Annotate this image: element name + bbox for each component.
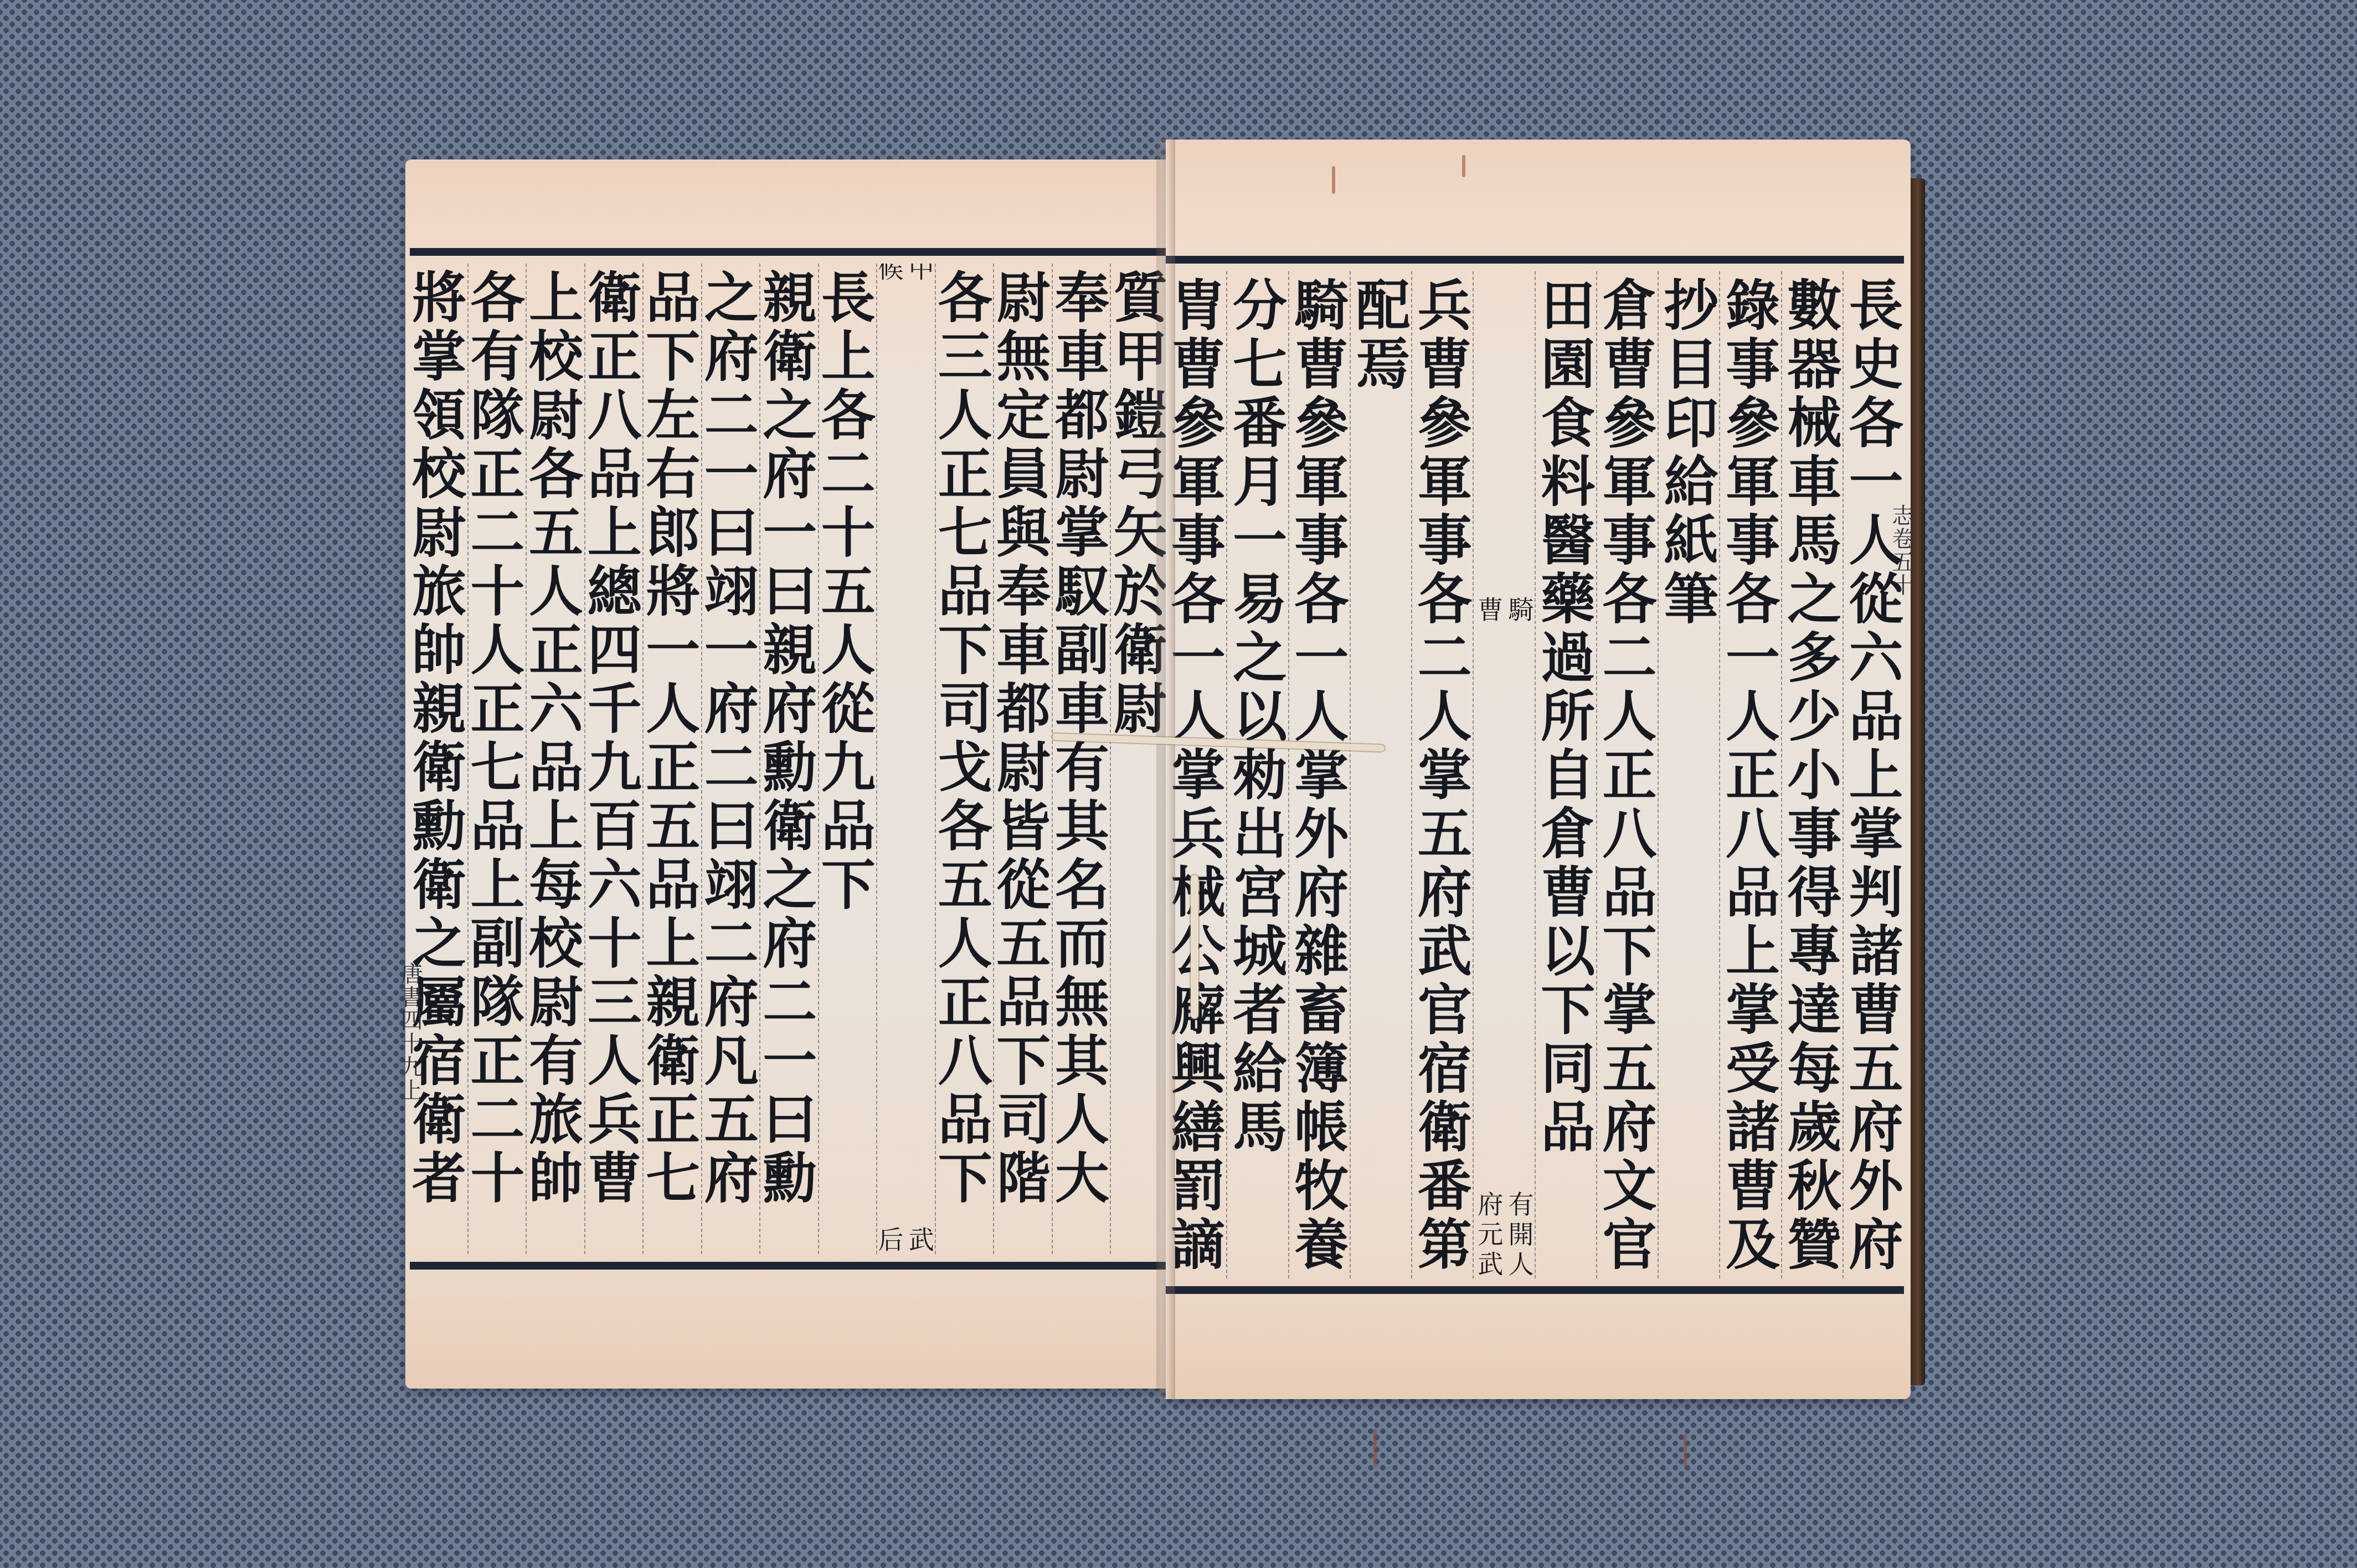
left-page-text-frame: 質甲鎧弓矢於衛尉 奉車都尉掌馭副車有其名而無其人大陳設則它官攝駙馬都 尉無定員與… bbox=[410, 248, 1169, 1270]
text-column: 兵曹參軍事各二人掌五府武官宿衛番第受其名數而大將軍 bbox=[1411, 271, 1473, 1278]
text-column: 親衛之府一曰親府勳衛之府二一曰勳一府二曰勳二府翊衛 bbox=[759, 264, 818, 1254]
right-page-text-frame: 長史各一人從六品上掌判諸曹五府外府稟祿卒伍軍團之名 數器械車馬之多少小事得專達每… bbox=[1166, 256, 1904, 1294]
worm-damage bbox=[1191, 875, 1198, 1019]
text-column: 數器械車馬之多少小事得專達每歲秋贊大將軍考課 bbox=[1781, 271, 1843, 1278]
paper-stain bbox=[1332, 166, 1335, 194]
text-column: 上校尉各五人正六品上每校尉有旅帥二人從六品上每旅帥 bbox=[526, 264, 584, 1254]
annotation-text: 中候 bbox=[876, 264, 935, 283]
text-column: 之府二一曰翊一府二曰翊二府凡五府每府中郎將一人正四 bbox=[701, 264, 760, 1254]
paper-stain bbox=[1462, 155, 1465, 177]
paper-stain bbox=[1684, 1434, 1687, 1467]
text-column: 品下左右郎將一人正五品上親衛正七品上勳衛從七品上翊 bbox=[642, 264, 701, 1254]
open-book: 質甲鎧弓矢於衛尉 奉車都尉掌馭副車有其名而無其人大陳設則它官攝駙馬都 尉無定員與… bbox=[0, 0, 2357, 1568]
text-column: 抄目印給紙筆 bbox=[1658, 271, 1719, 1278]
text-column: 配焉 bbox=[1350, 271, 1411, 1278]
text-column: 田園食料醫藥過所自倉曹以下同品 bbox=[1535, 271, 1596, 1278]
book-spine-gutter bbox=[1156, 140, 1175, 1399]
annotation-column: 武后 中候 bbox=[876, 264, 935, 1254]
text-column: 將掌領校尉旅帥親衛勳衛之屬宿衛者而總其府事左右郎將 bbox=[410, 264, 467, 1254]
text-column: 長上各二十五人從九品下 bbox=[818, 264, 877, 1254]
text-column: 尉無定員與奉車都尉皆從五品下司階各二人正六品上中候 bbox=[993, 264, 1052, 1254]
text-column: 錄事參軍事各一人正八品上掌受諸曹及五府之外府事句稽 bbox=[1719, 271, 1780, 1278]
annotation-text: 武后 bbox=[876, 285, 935, 1254]
annotation-column: 人武后長安初改鎧曹曰胄曹中宗郎位復舊 開元初諸衛司倉司兵騎兵參軍改曰倉曹兵 有府… bbox=[1473, 271, 1534, 1278]
annotation-text: 騎曹府二人史四人胄曹府三人史三 bbox=[1473, 271, 1534, 624]
text-column: 倉曹參軍事各二人正八品下掌五府文官勳考假使祿俸公廨 bbox=[1596, 271, 1658, 1278]
folio-mark-right: 志卷五十 bbox=[1886, 504, 1917, 597]
left-page-columns: 質甲鎧弓矢於衛尉 奉車都尉掌馭副車有其名而無其人大陳設則它官攝駙馬都 尉無定員與… bbox=[410, 264, 1169, 1254]
annotation-text: 人武后長安初改鎧曹曰胄曹中宗郎位復舊 bbox=[1473, 1251, 1534, 1278]
right-page-columns: 長史各一人從六品上掌判諸曹五府外府稟祿卒伍軍團之名 數器械車馬之多少小事得專達每… bbox=[1166, 271, 1904, 1278]
text-column: 衛正八品上總四千九百六十三人兵曹參軍事各一人正九品 bbox=[584, 264, 643, 1254]
text-column: 奉車都尉掌馭副車有其名而無其人大陳設則它官攝駙馬都 bbox=[1052, 264, 1110, 1254]
text-column: 騎曹參軍事各一人掌外府雜畜簿帳牧養凡府馬承直以遠近 bbox=[1288, 271, 1350, 1278]
folio-mark-left: 唐書四十九上 bbox=[394, 962, 426, 1102]
paper-stain bbox=[1373, 1428, 1377, 1467]
right-page: 長史各一人從六品上掌判諸曹五府外府稟祿卒伍軍團之名 數器械車馬之多少小事得專達每… bbox=[1166, 140, 1911, 1399]
text-column: 分七番月一易之以勑出宮城者給馬 bbox=[1226, 271, 1288, 1278]
text-column: 各有隊正二十人正七品上副隊正二十人正七品下五府中郎 bbox=[467, 264, 526, 1254]
text-column: 各三人正七品下司戈各五人正八品下執戟各五人正九品下 bbox=[935, 264, 994, 1254]
annotation-text: 有府二人史四人兵曹府四人史七人 bbox=[1473, 626, 1534, 1219]
annotation-text: 開元初諸衛司倉司兵騎兵參軍改曰倉曹兵 bbox=[1473, 1221, 1534, 1249]
text-column: 長史各一人從六品上掌判諸曹五府外府稟祿卒伍軍團之名 bbox=[1843, 271, 1904, 1278]
book-edge bbox=[1911, 178, 1925, 1385]
left-page: 質甲鎧弓矢於衛尉 奉車都尉掌馭副車有其名而無其人大陳設則它官攝駙馬都 尉無定員與… bbox=[405, 159, 1169, 1389]
